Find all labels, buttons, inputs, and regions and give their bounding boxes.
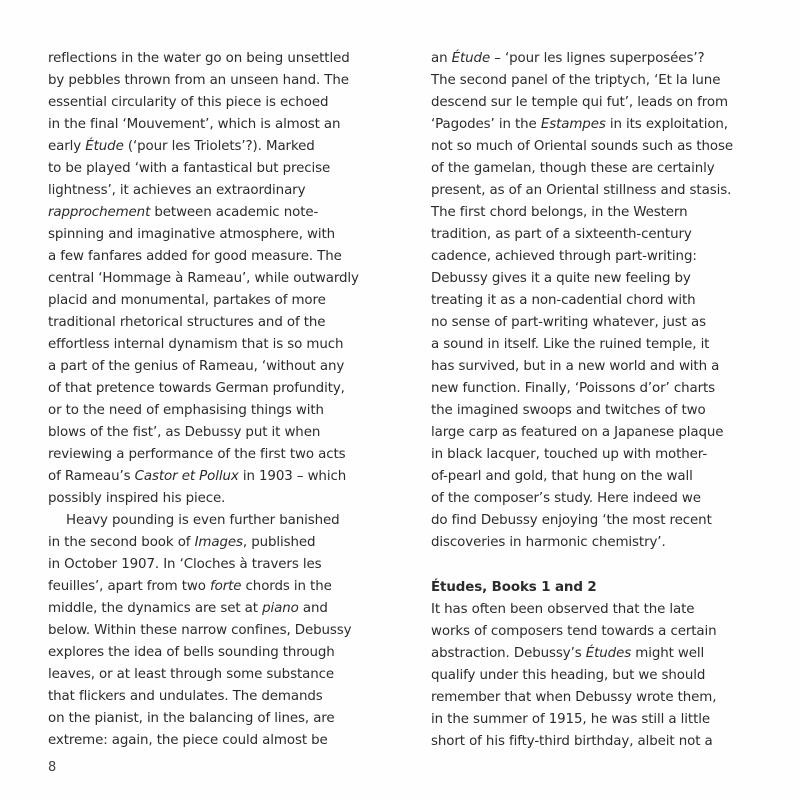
text-line: discoveries in harmonic chemistry’. bbox=[431, 532, 800, 554]
text-span: , published bbox=[243, 535, 316, 550]
text-span: no sense of part-writing whatever, just … bbox=[431, 315, 706, 330]
text-span: traditional rhetorical structures and of… bbox=[48, 315, 325, 330]
text-line: of-pearl and gold, that hung on the wall bbox=[431, 466, 800, 488]
left-column: reflections in the water go on being uns… bbox=[48, 48, 418, 752]
text-span: and bbox=[299, 601, 328, 616]
text-line: qualify under this heading, but we shoul… bbox=[431, 665, 800, 687]
text-span: in the final ‘Mouvement’, which is almos… bbox=[48, 117, 340, 132]
text-line: treating it as a non-cadential chord wit… bbox=[431, 290, 800, 312]
text-span: of-pearl and gold, that hung on the wall bbox=[431, 469, 693, 484]
text-span: spinning and imaginative atmosphere, wit… bbox=[48, 227, 335, 242]
text-span: essential circularity of this piece is e… bbox=[48, 95, 328, 110]
text-line: feuilles’, apart from two forte chords i… bbox=[48, 576, 418, 598]
text-line: short of his fifty-third birthday, albei… bbox=[431, 731, 800, 753]
text-line: tradition, as part of a sixteenth-centur… bbox=[431, 224, 800, 246]
text-line: explores the idea of bells sounding thro… bbox=[48, 642, 418, 664]
text-line: rapprochement between academic note- bbox=[48, 202, 418, 224]
text-line: It has often been observed that the late bbox=[431, 599, 800, 621]
text-line: in October 1907. In ‘Cloches à travers l… bbox=[48, 554, 418, 576]
text-span: effortless internal dynamism that is so … bbox=[48, 337, 343, 352]
italic-text: rapprochement bbox=[48, 205, 150, 220]
text-line: do find Debussy enjoying ‘the most recen… bbox=[431, 510, 800, 532]
text-span: (‘pour les Triolets’?). Marked bbox=[124, 139, 315, 154]
text-span: reflections in the water go on being uns… bbox=[48, 51, 350, 66]
text-span: blows of the fist’, as Debussy put it wh… bbox=[48, 425, 320, 440]
text-span: in its exploitation, bbox=[606, 117, 728, 132]
text-span: middle, the dynamics are set at bbox=[48, 601, 262, 616]
text-line: an Étude – ‘pour les lignes superposées’… bbox=[431, 48, 800, 70]
text-line: remember that when Debussy wrote them, bbox=[431, 687, 800, 709]
text-line: leaves, or at least through some substan… bbox=[48, 664, 418, 686]
right-column: an Étude – ‘pour les lignes superposées’… bbox=[431, 48, 800, 753]
italic-text: forte bbox=[210, 579, 241, 594]
text-line: reflections in the water go on being uns… bbox=[48, 48, 418, 70]
text-line: by pebbles thrown from an unseen hand. T… bbox=[48, 70, 418, 92]
text-line: Heavy pounding is even further banished bbox=[48, 510, 418, 532]
text-span: discoveries in harmonic chemistry’. bbox=[431, 535, 666, 550]
text-span: in the summer of 1915, he was still a li… bbox=[431, 712, 710, 727]
text-line: a part of the genius of Rameau, ‘without… bbox=[48, 356, 418, 378]
text-line: to be played ‘with a fantastical but pre… bbox=[48, 158, 418, 180]
text-line: The second panel of the triptych, ‘Et la… bbox=[431, 70, 800, 92]
text-span: treating it as a non-cadential chord wit… bbox=[431, 293, 696, 308]
text-span: might well bbox=[631, 646, 704, 661]
text-span: or to the need of emphasising things wit… bbox=[48, 403, 324, 418]
text-line: blows of the fist’, as Debussy put it wh… bbox=[48, 422, 418, 444]
section-gap bbox=[431, 554, 800, 577]
text-line: spinning and imaginative atmosphere, wit… bbox=[48, 224, 418, 246]
text-line: lightness’, it achieves an extraordinary bbox=[48, 180, 418, 202]
text-span: a part of the genius of Rameau, ‘without… bbox=[48, 359, 344, 374]
text-span: Études, Books 1 and 2 bbox=[431, 580, 597, 595]
text-span: of Rameau’s bbox=[48, 469, 135, 484]
text-line: a sound in itself. Like the ruined templ… bbox=[431, 334, 800, 356]
text-span: in the second book of bbox=[48, 535, 195, 550]
text-line: present, as of an Oriental stillness and… bbox=[431, 180, 800, 202]
text-line: possibly inspired his piece. bbox=[48, 488, 418, 510]
text-span: explores the idea of bells sounding thro… bbox=[48, 645, 335, 660]
italic-text: Images bbox=[195, 535, 243, 550]
text-span: feuilles’, apart from two bbox=[48, 579, 210, 594]
text-line: no sense of part-writing whatever, just … bbox=[431, 312, 800, 334]
italic-text: Castor et Pollux bbox=[135, 469, 239, 484]
text-line: works of composers tend towards a certai… bbox=[431, 621, 800, 643]
text-line: of Rameau’s Castor et Pollux in 1903 – w… bbox=[48, 466, 418, 488]
text-line: essential circularity of this piece is e… bbox=[48, 92, 418, 114]
text-line: reviewing a performance of the first two… bbox=[48, 444, 418, 466]
text-line: in black lacquer, touched up with mother… bbox=[431, 444, 800, 466]
text-span: Debussy gives it a quite new feeling by bbox=[431, 271, 691, 286]
text-line: below. Within these narrow confines, Deb… bbox=[48, 620, 418, 642]
text-line: Debussy gives it a quite new feeling by bbox=[431, 268, 800, 290]
italic-text: piano bbox=[262, 601, 299, 616]
text-span: by pebbles thrown from an unseen hand. T… bbox=[48, 73, 349, 88]
text-line: extreme: again, the piece could almost b… bbox=[48, 730, 418, 752]
text-line: effortless internal dynamism that is so … bbox=[48, 334, 418, 356]
text-span: of the gamelan, though these are certain… bbox=[431, 161, 715, 176]
text-line: in the second book of Images, published bbox=[48, 532, 418, 554]
text-span: large carp as featured on a Japanese pla… bbox=[431, 425, 723, 440]
text-span: new function. Finally, ‘Poissons d’or’ c… bbox=[431, 381, 715, 396]
text-line: of the gamelan, though these are certain… bbox=[431, 158, 800, 180]
text-span: chords in the bbox=[241, 579, 331, 594]
text-span: in 1903 – which bbox=[239, 469, 346, 484]
text-span: has survived, but in a new world and wit… bbox=[431, 359, 719, 374]
text-span: possibly inspired his piece. bbox=[48, 491, 225, 506]
italic-text: Études bbox=[586, 646, 631, 661]
text-line: in the final ‘Mouvement’, which is almos… bbox=[48, 114, 418, 136]
text-span: extreme: again, the piece could almost b… bbox=[48, 733, 328, 748]
text-line: on the pianist, in the balancing of line… bbox=[48, 708, 418, 730]
text-span: short of his fifty-third birthday, albei… bbox=[431, 734, 713, 749]
text-span: below. Within these narrow confines, Deb… bbox=[48, 623, 351, 638]
text-span: in October 1907. In ‘Cloches à travers l… bbox=[48, 557, 322, 572]
text-line: cadence, achieved through part-writing: bbox=[431, 246, 800, 268]
text-line: not so much of Oriental sounds such as t… bbox=[431, 136, 800, 158]
text-span: that flickers and undulates. The demands bbox=[48, 689, 323, 704]
text-span: lightness’, it achieves an extraordinary bbox=[48, 183, 305, 198]
text-span: cadence, achieved through part-writing: bbox=[431, 249, 697, 264]
text-span: a sound in itself. Like the ruined templ… bbox=[431, 337, 709, 352]
text-span: placid and monumental, partakes of more bbox=[48, 293, 326, 308]
text-span: ‘Pagodes’ in the bbox=[431, 117, 541, 132]
text-span: an bbox=[431, 51, 452, 66]
italic-text: Étude bbox=[452, 51, 490, 66]
italic-text: Étude bbox=[85, 139, 123, 154]
text-line: descend sur le temple qui fut’, leads on… bbox=[431, 92, 800, 114]
text-line: ‘Pagodes’ in the Estampes in its exploit… bbox=[431, 114, 800, 136]
text-span: between academic note- bbox=[150, 205, 318, 220]
text-line: The first chord belongs, in the Western bbox=[431, 202, 800, 224]
text-span: present, as of an Oriental stillness and… bbox=[431, 183, 731, 198]
text-span: Heavy pounding is even further banished bbox=[66, 513, 340, 528]
text-span: tradition, as part of a sixteenth-centur… bbox=[431, 227, 692, 242]
text-span: on the pianist, in the balancing of line… bbox=[48, 711, 335, 726]
text-line: a few fanfares added for good measure. T… bbox=[48, 246, 418, 268]
italic-text: Estampes bbox=[541, 117, 606, 132]
section-heading: Études, Books 1 and 2 bbox=[431, 577, 800, 599]
text-line: of the composer’s study. Here indeed we bbox=[431, 488, 800, 510]
page-number: 8 bbox=[48, 760, 56, 775]
text-line: of that pretence towards German profundi… bbox=[48, 378, 418, 400]
text-line: large carp as featured on a Japanese pla… bbox=[431, 422, 800, 444]
text-span: – ‘pour les lignes superposées’? bbox=[490, 51, 704, 66]
text-span: descend sur le temple qui fut’, leads on… bbox=[431, 95, 728, 110]
text-span: a few fanfares added for good measure. T… bbox=[48, 249, 342, 264]
text-line: abstraction. Debussy’s Études might well bbox=[431, 643, 800, 665]
text-line: middle, the dynamics are set at piano an… bbox=[48, 598, 418, 620]
text-span: not so much of Oriental sounds such as t… bbox=[431, 139, 733, 154]
text-line: early Étude (‘pour les Triolets’?). Mark… bbox=[48, 136, 418, 158]
text-line: placid and monumental, partakes of more bbox=[48, 290, 418, 312]
text-span: qualify under this heading, but we shoul… bbox=[431, 668, 705, 683]
text-line: in the summer of 1915, he was still a li… bbox=[431, 709, 800, 731]
text-line: that flickers and undulates. The demands bbox=[48, 686, 418, 708]
text-span: The second panel of the triptych, ‘Et la… bbox=[431, 73, 720, 88]
text-line: central ‘Hommage à Rameau’, while outwar… bbox=[48, 268, 418, 290]
text-line: traditional rhetorical structures and of… bbox=[48, 312, 418, 334]
text-span: of that pretence towards German profundi… bbox=[48, 381, 345, 396]
text-span: central ‘Hommage à Rameau’, while outwar… bbox=[48, 271, 359, 286]
text-span: do find Debussy enjoying ‘the most recen… bbox=[431, 513, 712, 528]
text-span: works of composers tend towards a certai… bbox=[431, 624, 717, 639]
text-line: the imagined swoops and twitches of two bbox=[431, 400, 800, 422]
text-span: to be played ‘with a fantastical but pre… bbox=[48, 161, 330, 176]
text-line: new function. Finally, ‘Poissons d’or’ c… bbox=[431, 378, 800, 400]
text-span: abstraction. Debussy’s bbox=[431, 646, 586, 661]
text-span: The first chord belongs, in the Western bbox=[431, 205, 688, 220]
text-line: has survived, but in a new world and wit… bbox=[431, 356, 800, 378]
text-span: early bbox=[48, 139, 85, 154]
text-span: leaves, or at least through some substan… bbox=[48, 667, 334, 682]
text-line: or to the need of emphasising things wit… bbox=[48, 400, 418, 422]
text-span: the imagined swoops and twitches of two bbox=[431, 403, 706, 418]
text-span: of the composer’s study. Here indeed we bbox=[431, 491, 701, 506]
text-span: It has often been observed that the late bbox=[431, 602, 694, 617]
text-span: in black lacquer, touched up with mother… bbox=[431, 447, 707, 462]
text-span: remember that when Debussy wrote them, bbox=[431, 690, 716, 705]
text-span: reviewing a performance of the first two… bbox=[48, 447, 346, 462]
